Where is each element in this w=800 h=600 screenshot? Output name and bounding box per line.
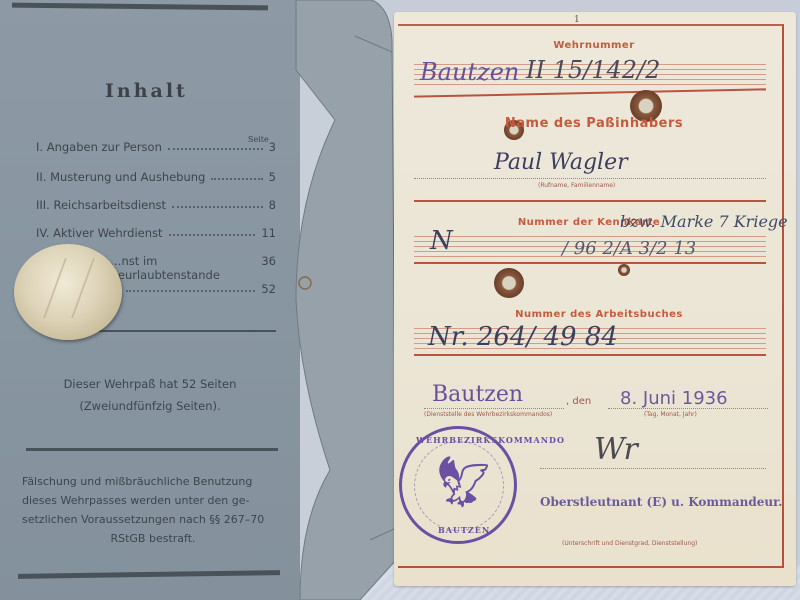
arbeitsbuch-value: Nr. 264/ 49 84 xyxy=(428,322,618,352)
punch-hole xyxy=(494,268,524,298)
wehrnummer-place: Bautzen xyxy=(420,58,519,86)
kennkarte-mark: N xyxy=(430,226,453,256)
kennkarte-note: bzw. Marke 7 Kriege xyxy=(620,212,788,231)
date-value: 8. Juni 1936 xyxy=(620,388,728,409)
den-label: , den xyxy=(566,396,591,407)
name-caption: (Rufname, Familienname) xyxy=(538,182,615,189)
official-stamp: 🦅︎ WEHRBEZIRKSKOMMANDO BAUTZEN xyxy=(399,426,517,544)
wehrnummer-label: Wehrnummer xyxy=(514,40,674,51)
stamp-bottom-text: BAUTZEN xyxy=(438,525,490,535)
dotted-line xyxy=(608,408,768,409)
signature: Wr xyxy=(594,432,638,467)
dotted-line xyxy=(540,468,766,469)
signature-caption: (Unterschrift und Dienstgrad, Dienststel… xyxy=(562,540,697,547)
coin-icon xyxy=(14,244,122,340)
name-label: Name des Paßinhabers xyxy=(474,116,714,131)
wehrnummer-value: II 15/142/2 xyxy=(526,56,660,84)
wehrpass-page-1: 1 Wehrnummer Bautzen II 15/142/2 Name de… xyxy=(394,12,796,586)
dotted-line xyxy=(414,178,766,179)
place-caption: (Dienststelle des Wehrbezirkskommandos) xyxy=(424,411,552,418)
arbeitsbuch-label: Nummer des Arbeitsbuches xyxy=(504,309,694,320)
stamp-top-text: WEHRBEZIRKSKOMMANDO xyxy=(416,435,565,445)
name-value: Paul Wagler xyxy=(494,150,628,175)
place-value: Bautzen xyxy=(432,382,523,407)
eagle-icon: 🦅︎ xyxy=(432,453,495,512)
ruled-thick-line xyxy=(414,200,766,202)
punch-hole xyxy=(618,264,630,276)
ruled-thick-line xyxy=(414,262,766,264)
date-caption: (Tag, Monat, Jahr) xyxy=(644,411,697,418)
dotted-line xyxy=(424,408,564,409)
kennkarte-value: / 96 2/A 3/2 13 xyxy=(562,238,696,259)
ruled-thick-line xyxy=(414,354,766,356)
officer-title: Oberstleutnant (E) u. Kommandeur. xyxy=(540,495,782,509)
